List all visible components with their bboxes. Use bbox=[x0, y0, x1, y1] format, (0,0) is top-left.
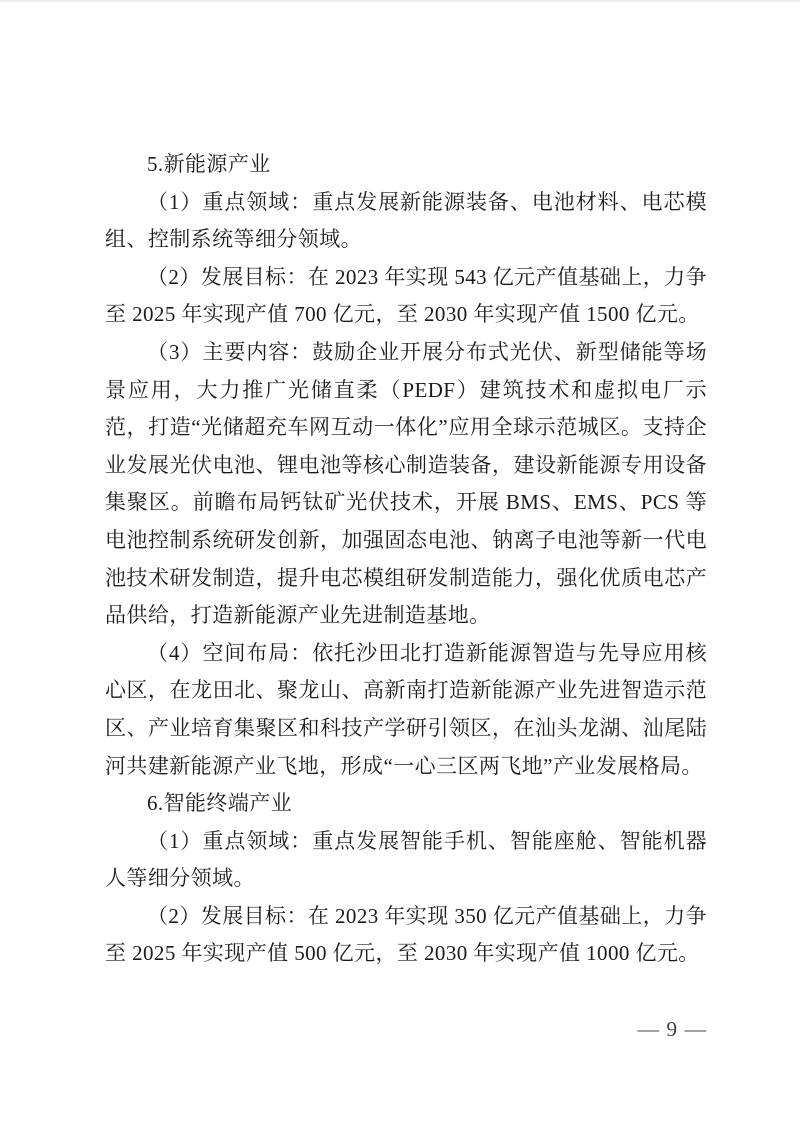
para-5-key-areas: （1）重点领域：重点发展新能源装备、电池材料、电芯模组、控制系统等细分领域。 bbox=[105, 184, 707, 259]
page-footer: — 9 — bbox=[105, 1014, 707, 1044]
section-heading-5-new-energy: 5.新能源产业 bbox=[105, 146, 707, 184]
para-5-main-content: （3）主要内容：鼓励企业开展分布式光伏、新型储能等场景应用，大力推广光储直柔（P… bbox=[105, 334, 707, 635]
para-5-spatial-layout: （4）空间布局：依托沙田北打造新能源智造与先导应用核心区，在龙田北、聚龙山、高新… bbox=[105, 635, 707, 785]
para-6-key-areas: （1）重点领域：重点发展智能手机、智能座舱、智能机器人等细分领域。 bbox=[105, 823, 707, 898]
page-top-edge-line bbox=[0, 0, 800, 2]
para-6-development-goals: （2）发展目标：在 2023 年实现 350 亿元产值基础上，力争至 2025 … bbox=[105, 898, 707, 973]
page-number: — 9 — bbox=[638, 1017, 708, 1041]
document-body: 5.新能源产业 （1）重点领域：重点发展新能源装备、电池材料、电芯模组、控制系统… bbox=[105, 146, 707, 973]
section-heading-6-smart-terminal: 6.智能终端产业 bbox=[105, 785, 707, 823]
para-5-development-goals: （2）发展目标：在 2023 年实现 543 亿元产值基础上，力争至 2025 … bbox=[105, 259, 707, 334]
document-page: 5.新能源产业 （1）重点领域：重点发展新能源装备、电池材料、电芯模组、控制系统… bbox=[0, 0, 800, 1131]
